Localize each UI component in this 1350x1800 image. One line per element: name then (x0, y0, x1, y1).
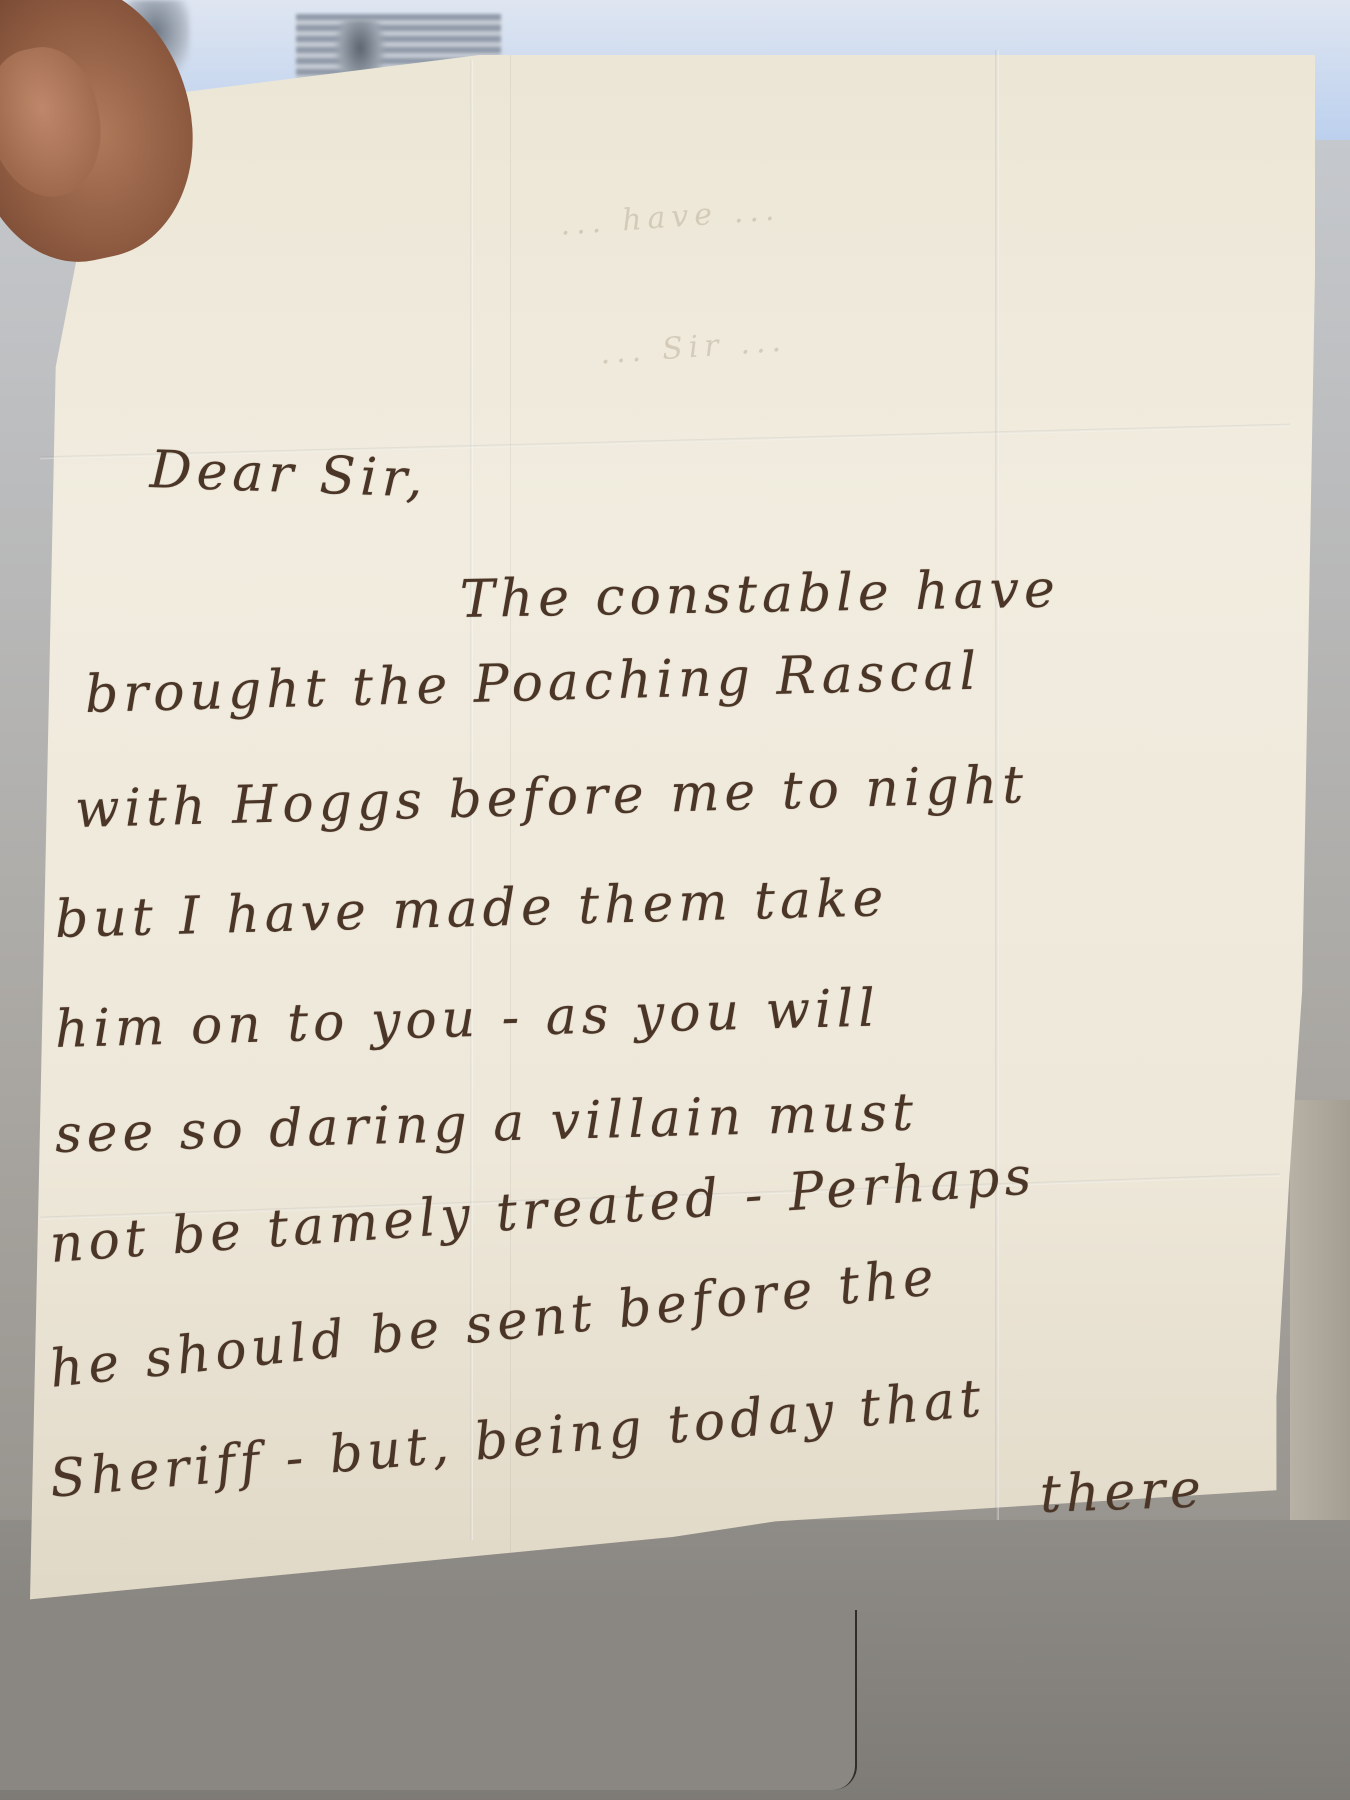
letter-line: The constable have (459, 560, 1060, 630)
laptop-trackpad (0, 1610, 857, 1790)
desk-surface (1290, 1100, 1350, 1520)
photo-scene: ... have ... ... Sir ... Dear Sir, The c… (0, 0, 1350, 1800)
letter-line: there (1039, 1459, 1207, 1525)
thumbnail (0, 38, 114, 208)
letter-salutation: Dear Sir, (149, 440, 429, 510)
